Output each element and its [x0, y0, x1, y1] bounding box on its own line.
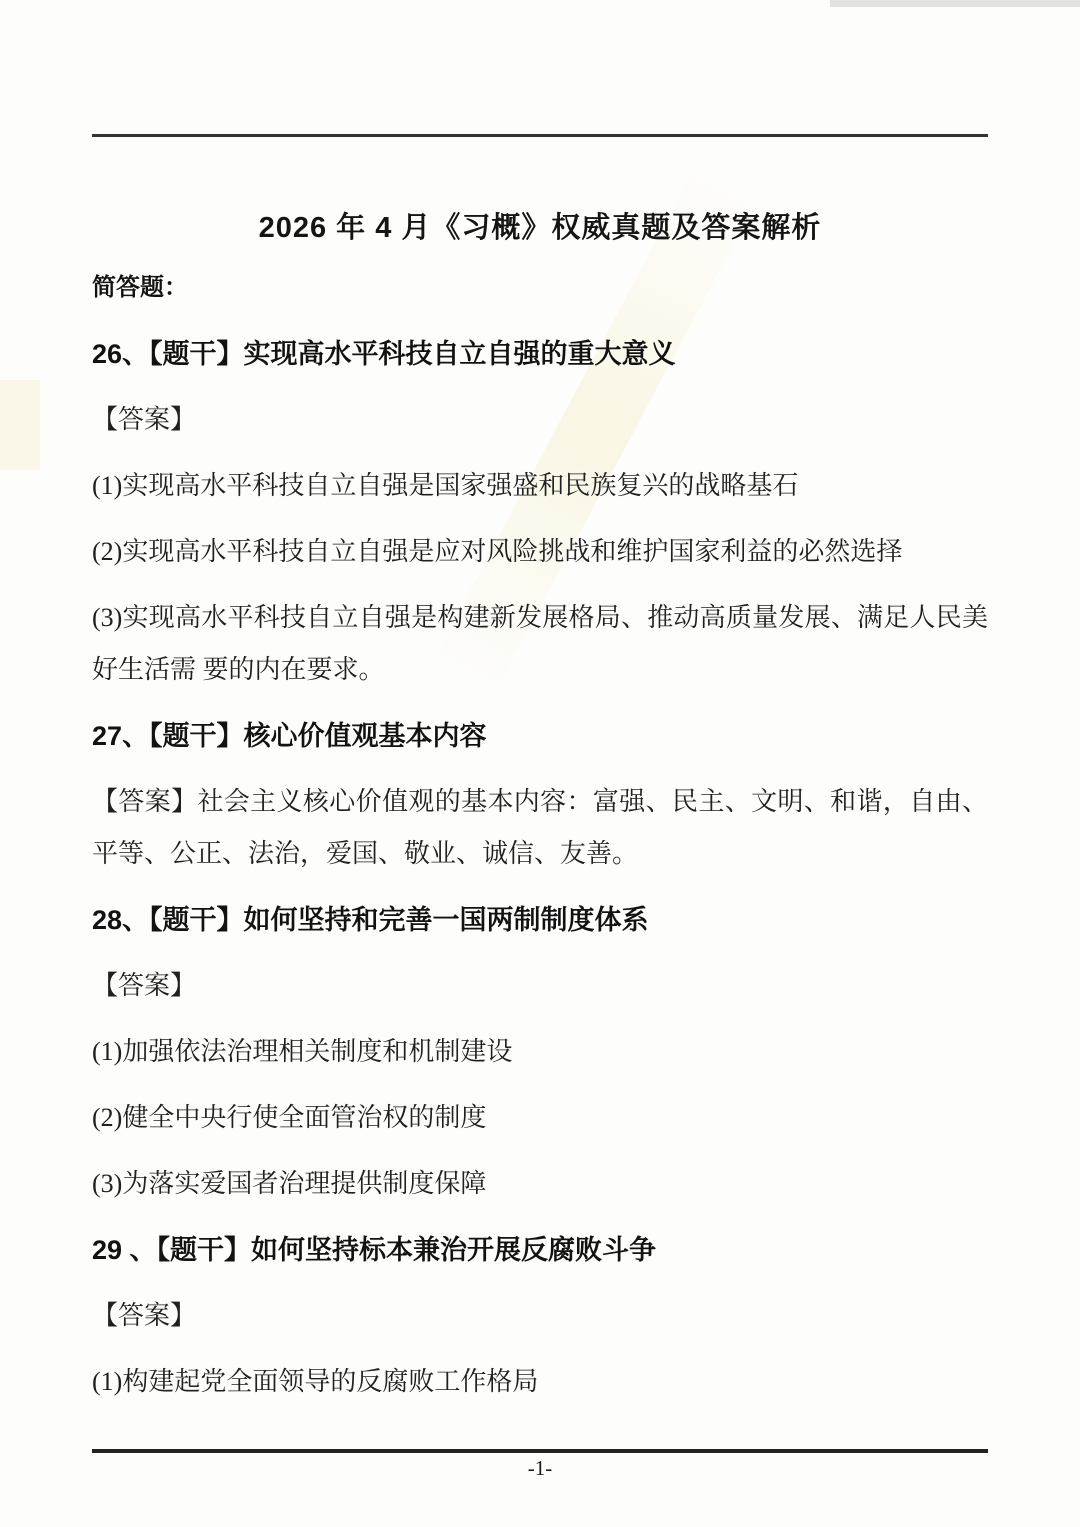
question-26-heading: 26、【题干】实现高水平科技自立自强的重大意义 — [92, 328, 988, 380]
section-label-short-answer: 简答题： — [92, 262, 988, 314]
question-29-answer-label: 【答案】 — [92, 1290, 988, 1342]
question-28-answer-label: 【答案】 — [92, 960, 988, 1012]
question-27-heading: 27、【题干】核心价值观基本内容 — [92, 710, 988, 762]
question-26-answer-item-2: (2)实现高水平科技自立自强是应对风险挑战和维护国家利益的必然选择 — [92, 526, 988, 578]
question-26-answer-label: 【答案】 — [92, 394, 988, 446]
header-rule — [92, 134, 988, 137]
document-title: 2026 年 4 月《习概》权威真题及答案解析 — [0, 205, 1080, 246]
question-26-answer-item-3: (3)实现高水平科技自立自强是构建新发展格局、推动高质量发展、满足人民美好生活需… — [92, 592, 988, 696]
question-29-answer-item-1: (1)构建起党全面领导的反腐败工作格局 — [92, 1356, 988, 1408]
watermark-smudge — [0, 380, 40, 470]
question-28-answer-item-3: (3)为落实爱国者治理提供制度保障 — [92, 1158, 988, 1210]
document-page: { "page": { "title": "2026 年 4 月《习概》权威真题… — [0, 0, 1080, 1527]
question-28-answer-item-1: (1)加强依法治理相关制度和机制建设 — [92, 1026, 988, 1078]
page-number: -1- — [0, 1456, 1080, 1481]
question-26-answer-item-1: (1)实现高水平科技自立自强是国家强盛和民族复兴的战略基石 — [92, 460, 988, 512]
question-27-answer: 【答案】社会主义核心价值观的基本内容：富强、民主、文明、和谐，自由、平等、公正、… — [92, 776, 988, 880]
question-28-answer-item-2: (2)健全中央行使全面管治权的制度 — [92, 1092, 988, 1144]
question-28-heading: 28、【题干】如何坚持和完善一国两制制度体系 — [92, 894, 988, 946]
document-body: 简答题： 26、【题干】实现高水平科技自立自强的重大意义 【答案】 (1)实现高… — [92, 262, 988, 1422]
footer-rule — [92, 1449, 988, 1453]
scan-artifact — [830, 0, 1080, 7]
question-29-heading: 29 、【题干】如何坚持标本兼治开展反腐败斗争 — [92, 1224, 988, 1276]
